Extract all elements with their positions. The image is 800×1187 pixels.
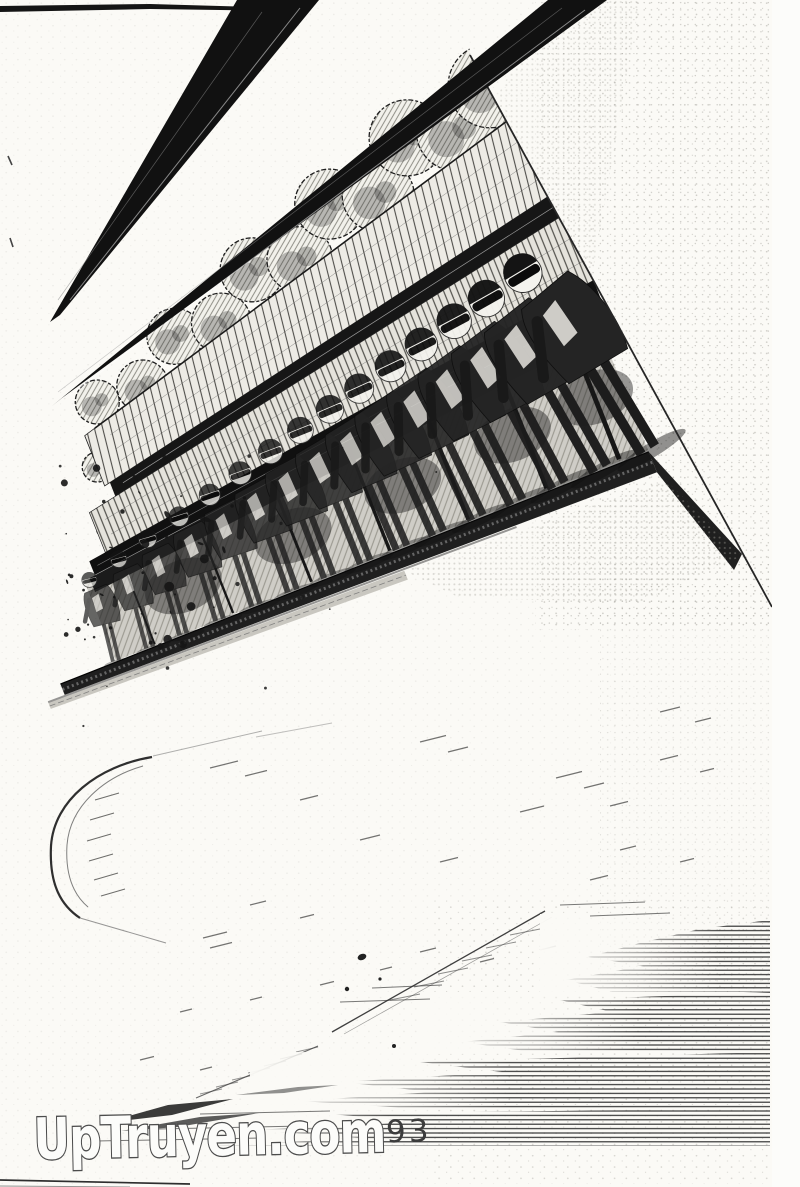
manga-page: UpTruyen.com 93 bbox=[0, 0, 800, 1187]
watermark-text: UpTruyen.com bbox=[33, 1100, 386, 1173]
generated-art bbox=[0, 0, 800, 1187]
page-number: 93 bbox=[385, 1113, 432, 1151]
panel-artwork: UpTruyen.com 93 bbox=[0, 0, 800, 1187]
